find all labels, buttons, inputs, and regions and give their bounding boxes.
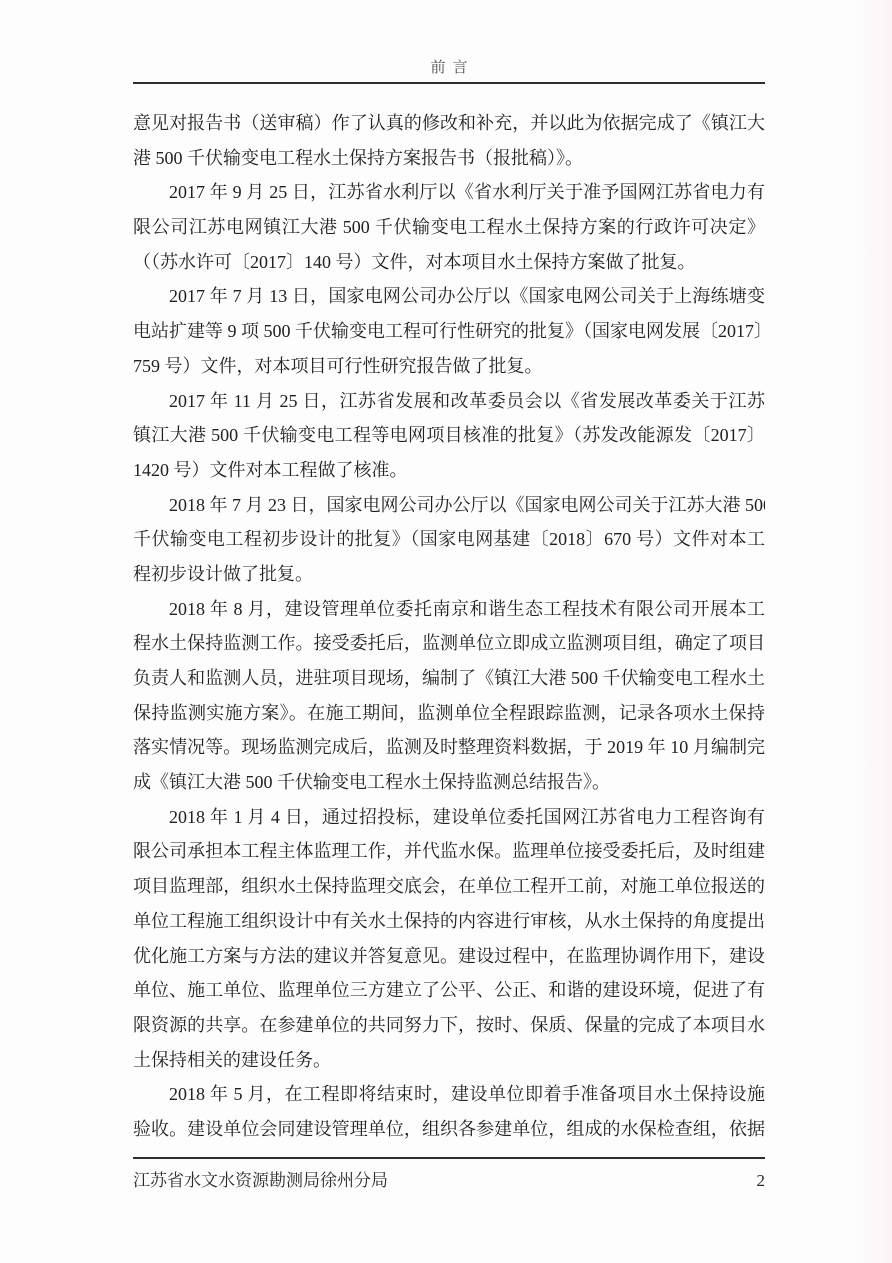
paragraph: 2018 年 8 月，建设管理单位委托南京和谐生态工程技术有限公司开展本工程水土… xyxy=(133,592,765,800)
page-header: 前言 xyxy=(133,56,765,84)
body-line: 2017 年 11 月 25 日，江苏省发展和改革委员会以《省发展改革委关于江苏 xyxy=(133,384,765,419)
body-line: 759 号）文件，对本项目可行性研究报告做了批复。 xyxy=(133,349,765,384)
body-line: 1420 号）文件对本工程做了核准。 xyxy=(133,453,765,488)
body-line: 千伏输变电工程初步设计的批复》（国家电网基建〔2018〕670 号）文件对本工 xyxy=(133,522,765,557)
paragraph: 2018 年 5 月，在工程即将结束时，建设单位即着手准备项目水土保持设施验收。… xyxy=(133,1077,765,1146)
body-line: 限资源的共享。在参建单位的共同努力下，按时、保质、保量的完成了本项目水 xyxy=(133,1008,765,1043)
body-line: 2018 年 7 月 23 日，国家电网公司办公厅以《国家电网公司关于江苏大港 … xyxy=(133,488,765,523)
body-line: 项目监理部，组织水土保持监理交底会，在单位工程开工前，对施工单位报送的 xyxy=(133,869,765,904)
paragraph: 2017 年 11 月 25 日，江苏省发展和改革委员会以《省发展改革委关于江苏… xyxy=(133,384,765,488)
body-line: 镇江大港 500 千伏输变电工程等电网项目核准的批复》（苏发改能源发〔2017〕 xyxy=(133,418,765,453)
header-title: 前言 xyxy=(423,60,474,76)
footer-page-number: 2 xyxy=(757,1171,766,1191)
body-line: 程水土保持监测工作。接受委托后，监测单位立即成立监测项目组，确定了项目 xyxy=(133,626,765,661)
body-line: 保持监测实施方案》。在施工期间，监测单位全程跟踪监测，记录各项水土保持 xyxy=(133,696,765,731)
body-line: 港 500 千伏输变电工程水土保持方案报告书（报批稿）》。 xyxy=(133,141,765,176)
body-line: 2018 年 1 月 4 日，通过招投标，建设单位委托国网江苏省电力工程咨询有 xyxy=(133,800,765,835)
body-line: 验收。建设单位会同建设管理单位，组织各参建单位，组成的水保检查组，依据 xyxy=(133,1112,765,1147)
footer-organization: 江苏省水文水资源勘测局徐州分局 xyxy=(133,1166,388,1191)
body-line: 2018 年 5 月，在工程即将结束时，建设单位即着手准备项目水土保持设施 xyxy=(133,1077,765,1112)
body-line: 土保持相关的建设任务。 xyxy=(133,1043,765,1078)
paragraph: 2017 年 7 月 13 日，国家电网公司办公厅以《国家电网公司关于上海练塘变… xyxy=(133,279,765,383)
document-body: 意见对报告书（送审稿）作了认真的修改和补充，并以此为依据完成了《镇江大港 500… xyxy=(133,106,765,1147)
body-line: 电站扩建等 9 项 500 千伏输变电工程可行性研究的批复》（国家电网发展〔20… xyxy=(133,314,765,349)
body-line: 优化施工方案与方法的建议并答复意见。建设过程中，在监理协调作用下，建设 xyxy=(133,939,765,974)
body-line: （（苏水许可〔2017〕140 号）文件，对本项目水土保持方案做了批复。 xyxy=(133,245,765,280)
body-line: 限公司承担本工程主体监理工作，并代监水保。监理单位接受委托后，及时组建 xyxy=(133,834,765,869)
body-line: 2017 年 7 月 13 日，国家电网公司办公厅以《国家电网公司关于上海练塘变 xyxy=(133,279,765,314)
body-line: 单位、施工单位、监理单位三方建立了公平、公正、和谐的建设环境，促进了有 xyxy=(133,973,765,1008)
body-line: 落实情况等。现场监测完成后，监测及时整理资料数据，于 2019 年 10 月编制… xyxy=(133,730,765,765)
body-line: 意见对报告书（送审稿）作了认真的修改和补充，并以此为依据完成了《镇江大 xyxy=(133,106,765,141)
body-line: 2017 年 9 月 25 日，江苏省水利厅以《省水利厅关于准予国网江苏省电力有 xyxy=(133,175,765,210)
body-line: 2018 年 8 月，建设管理单位委托南京和谐生态工程技术有限公司开展本工 xyxy=(133,592,765,627)
paragraph: 2018 年 7 月 23 日，国家电网公司办公厅以《国家电网公司关于江苏大港 … xyxy=(133,488,765,592)
body-line: 程初步设计做了批复。 xyxy=(133,557,765,592)
paragraph: 2017 年 9 月 25 日，江苏省水利厅以《省水利厅关于准予国网江苏省电力有… xyxy=(133,175,765,279)
body-line: 成《镇江大港 500 千伏输变电工程水土保持监测总结报告》。 xyxy=(133,765,765,800)
body-line: 单位工程施工组织设计中有关水土保持的内容进行审核，从水土保持的角度提出 xyxy=(133,904,765,939)
body-line: 负责人和监测人员，进驻项目现场，编制了《镇江大港 500 千伏输变电工程水土 xyxy=(133,661,765,696)
paragraph: 意见对报告书（送审稿）作了认真的修改和补充，并以此为依据完成了《镇江大港 500… xyxy=(133,106,765,175)
document-page: 前言 意见对报告书（送审稿）作了认真的修改和补充，并以此为依据完成了《镇江大港 … xyxy=(0,0,892,1263)
page-footer: 江苏省水文水资源勘测局徐州分局 2 xyxy=(133,1157,765,1191)
body-line: 限公司江苏电网镇江大港 500 千伏输变电工程水土保持方案的行政许可决定》 xyxy=(133,210,765,245)
paragraph: 2018 年 1 月 4 日，通过招投标，建设单位委托国网江苏省电力工程咨询有限… xyxy=(133,800,765,1078)
